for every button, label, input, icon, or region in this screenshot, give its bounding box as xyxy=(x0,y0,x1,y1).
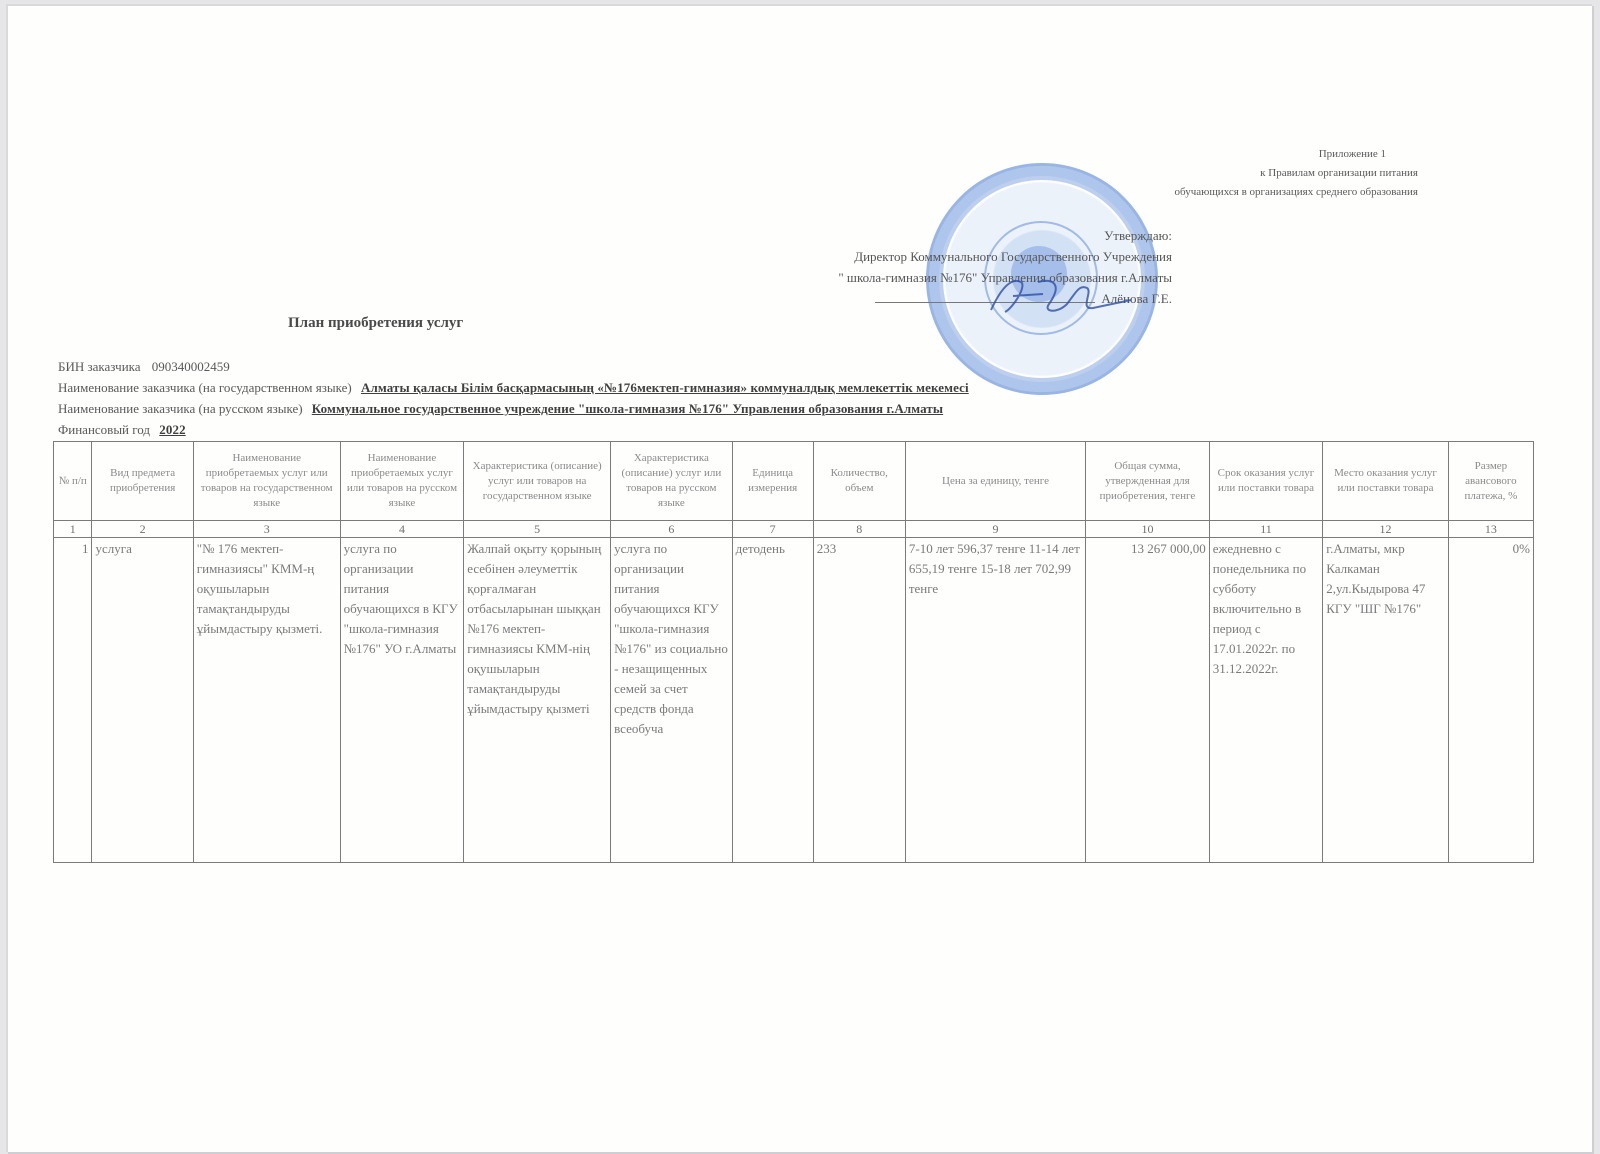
cell-name-ru: услуга по организации питания обучающихс… xyxy=(340,538,464,863)
column-number: 4 xyxy=(340,521,464,538)
approval-block: Утверждаю: Директор Коммунального Госуда… xyxy=(652,225,1172,309)
column-number: 2 xyxy=(92,521,193,538)
column-number: 6 xyxy=(611,521,733,538)
customer-name-ru: Наименование заказчика (на русском языке… xyxy=(58,401,943,417)
name-kz-value: Алматы қаласы Білім басқармасының «№176м… xyxy=(361,380,969,395)
header-cell: Характеристика (описание) услуг или това… xyxy=(464,442,611,521)
header-cell: Место оказания услуг или поставки товара xyxy=(1323,442,1449,521)
header-cell: № п/п xyxy=(54,442,92,521)
column-number: 7 xyxy=(732,521,813,538)
name-ru-value: Коммунальное государственное учреждение … xyxy=(312,401,943,416)
header-cell: Характеристика (описание) услуг или това… xyxy=(611,442,733,521)
name-kz-label: Наименование заказчика (на государственн… xyxy=(58,380,352,395)
approval-heading: Утверждаю: xyxy=(652,225,1172,246)
header-cell: Общая сумма, утвержденная для приобретен… xyxy=(1086,442,1210,521)
cell-qty: 233 xyxy=(813,538,905,863)
signature-line xyxy=(875,302,1095,303)
approval-signatory: Алёнова Г.Е. xyxy=(1101,291,1172,306)
header-cell: Наименование приобретаемых услуг или тов… xyxy=(340,442,464,521)
header-cell: Срок оказания услуг или поставки товара xyxy=(1209,442,1322,521)
cell-price: 7-10 лет 596,37 тенге 11-14 лет 655,19 т… xyxy=(905,538,1085,863)
annex-line-1: Приложение 1 xyxy=(998,145,1418,164)
column-number: 13 xyxy=(1448,521,1533,538)
column-number: 12 xyxy=(1323,521,1449,538)
header-cell: Наименование приобретаемых услуг или тов… xyxy=(193,442,340,521)
annex-line-2: к Правилам организации питания xyxy=(998,164,1418,183)
header-cell: Единица измерения xyxy=(732,442,813,521)
column-number: 3 xyxy=(193,521,340,538)
approval-line-2: " школа-гимназия №176" Управления образо… xyxy=(652,267,1172,288)
cell-term: ежедневно с понедельника по субботу вклю… xyxy=(1209,538,1322,863)
cell-type: услуга xyxy=(92,538,193,863)
column-number-row: 1 2 3 4 5 6 7 8 9 10 11 12 13 xyxy=(54,521,1534,538)
cell-desc-kz: Жалпай оқыту қорының есебінен әлеуметтік… xyxy=(464,538,611,863)
approval-line-1: Директор Коммунального Государственного … xyxy=(652,246,1172,267)
column-number: 1 xyxy=(54,521,92,538)
year-value: 2022 xyxy=(159,422,185,437)
cell-place: г.Алматы, мкр Калкаман 2,ул.Кыдырова 47 … xyxy=(1323,538,1449,863)
financial-year: Финансовый год 2022 xyxy=(58,422,186,438)
table-row: 1 услуга "№ 176 мектеп-гимназиясы" КММ-ң… xyxy=(54,538,1534,863)
column-number: 10 xyxy=(1086,521,1210,538)
header-cell: Количество, объем xyxy=(813,442,905,521)
scanned-page: Приложение 1 к Правилам организации пита… xyxy=(6,4,1592,1152)
header-cell: Размер авансового платежа, % xyxy=(1448,442,1533,521)
cell-advance: 0% xyxy=(1448,538,1533,863)
customer-name-kz: Наименование заказчика (на государственн… xyxy=(58,380,969,396)
annex-line-3: обучающихся в организациях среднего обра… xyxy=(998,183,1418,202)
cell-desc-ru: услуга по организации питания обучающихс… xyxy=(611,538,733,863)
page-title: План приобретения услуг xyxy=(288,315,463,332)
name-ru-label: Наименование заказчика (на русском языке… xyxy=(58,401,303,416)
cell-unit: детодень xyxy=(732,538,813,863)
column-number: 9 xyxy=(905,521,1085,538)
bin-value: 090340002459 xyxy=(152,359,230,374)
bin-label: БИН заказчика xyxy=(58,359,141,374)
cell-total: 13 267 000,00 xyxy=(1086,538,1210,863)
column-number: 11 xyxy=(1209,521,1322,538)
header-cell: Вид предмета приобретения xyxy=(92,442,193,521)
customer-bin: БИН заказчика 090340002459 xyxy=(58,359,230,375)
year-label: Финансовый год xyxy=(58,422,150,437)
column-number: 5 xyxy=(464,521,611,538)
procurement-plan-table: № п/п Вид предмета приобретения Наименов… xyxy=(53,441,1534,863)
header-cell: Цена за единицу, тенге xyxy=(905,442,1085,521)
cell-name-kz: "№ 176 мектеп-гимназиясы" КММ-ң оқушылар… xyxy=(193,538,340,863)
table-header-row: № п/п Вид предмета приобретения Наименов… xyxy=(54,442,1534,521)
cell-num: 1 xyxy=(54,538,92,863)
annex-note: Приложение 1 к Правилам организации пита… xyxy=(998,145,1418,202)
column-number: 8 xyxy=(813,521,905,538)
